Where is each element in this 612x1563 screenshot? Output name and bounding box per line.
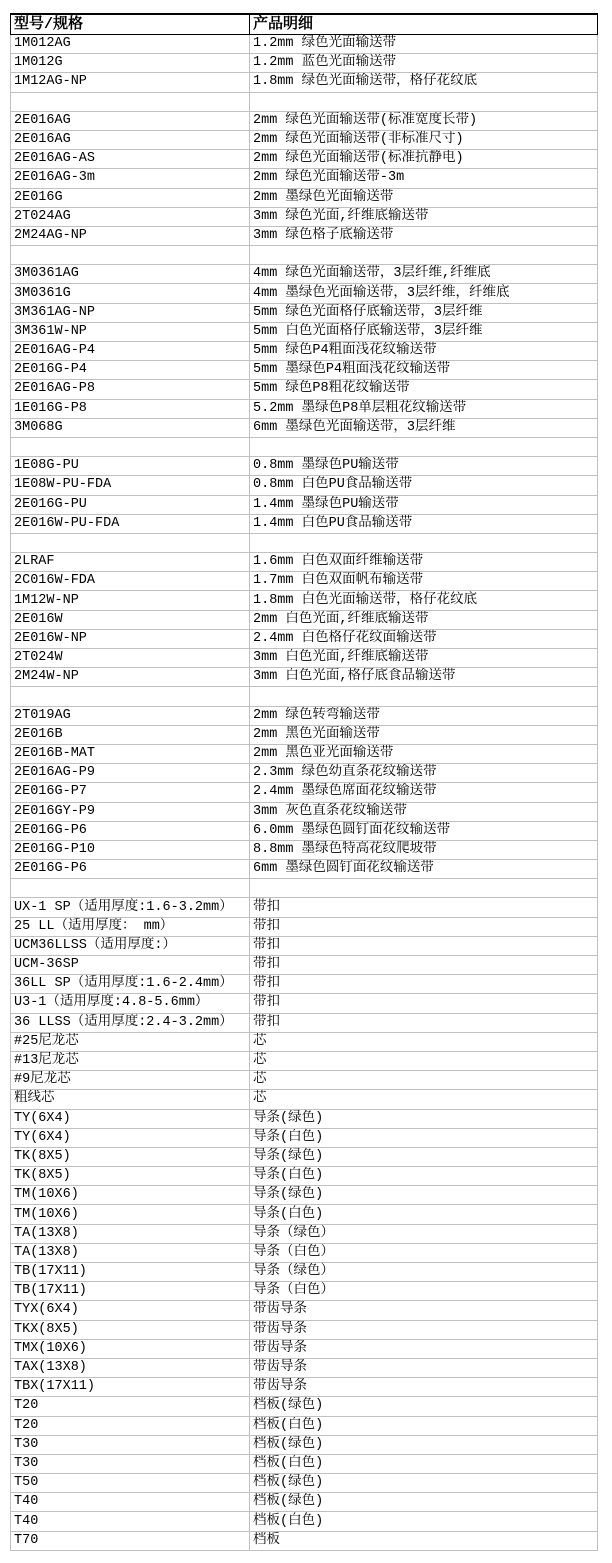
model-cell xyxy=(11,92,250,111)
table-row: 2E016B2mm 黑色光面输送带 xyxy=(11,725,598,744)
table-row: TA(13X8)导条（白色） xyxy=(11,1243,598,1262)
table-row: 粗线芯芯 xyxy=(11,1090,598,1109)
detail-cell: 5mm 白色光面格仔底输送带，3层纤维 xyxy=(250,322,598,341)
detail-cell: 1.8mm 白色光面输送带，格仔花纹底 xyxy=(250,591,598,610)
detail-cell: 导条(白色) xyxy=(250,1205,598,1224)
model-cell: T30 xyxy=(11,1435,250,1454)
model-cell: TBX(17X11) xyxy=(11,1378,250,1397)
model-cell: TA(13X8) xyxy=(11,1243,250,1262)
table-row: TK(8X5)导条(白色) xyxy=(11,1167,598,1186)
detail-cell: 芯 xyxy=(250,1051,598,1070)
table-row: TB(17X11)导条（白色） xyxy=(11,1282,598,1301)
table-row: 1E08W-PU-FDA0.8mm 白色PU食品输送带 xyxy=(11,476,598,495)
header-cell-detail: 产品明细 xyxy=(250,14,598,35)
table-row: 2E016W-NP2.4mm 白色格仔花纹面输送带 xyxy=(11,629,598,648)
table-row: T30档板(绿色) xyxy=(11,1435,598,1454)
model-cell: TK(8X5) xyxy=(11,1147,250,1166)
table-row: UX-1 SP（适用厚度:1.6-3.2mm）带扣 xyxy=(11,898,598,917)
table-row: TBX(17X11)带齿导条 xyxy=(11,1378,598,1397)
detail-cell: 导条（白色） xyxy=(250,1282,598,1301)
table-row: UCM-36SP带扣 xyxy=(11,956,598,975)
model-cell xyxy=(11,437,250,456)
model-cell: T40 xyxy=(11,1493,250,1512)
detail-cell: 带扣 xyxy=(250,936,598,955)
table-row: T30档板(白色) xyxy=(11,1454,598,1473)
table-row: TYX(6X4)带齿导条 xyxy=(11,1301,598,1320)
model-cell: 1E016G-P8 xyxy=(11,399,250,418)
model-cell: 1M012G xyxy=(11,54,250,73)
model-cell: 2M24W-NP xyxy=(11,668,250,687)
table-row: 2E016AG2mm 绿色光面输送带(非标准尺寸) xyxy=(11,130,598,149)
detail-cell: 2mm 白色光面,纤维底输送带 xyxy=(250,610,598,629)
model-cell: 3M0361G xyxy=(11,284,250,303)
table-row: 2E016G-P66.0mm 墨绿色圆钉面花纹输送带 xyxy=(11,821,598,840)
detail-cell: 带扣 xyxy=(250,917,598,936)
model-cell: TB(17X11) xyxy=(11,1263,250,1282)
model-cell: 1M12W-NP xyxy=(11,591,250,610)
table-row: TKX(8X5)带齿导条 xyxy=(11,1320,598,1339)
table-row: 36 LLSS（适用厚度:2.4-3.2mm）带扣 xyxy=(11,1013,598,1032)
table-row: 3M0361G4mm 墨绿色光面输送带，3层纤维，纤维底 xyxy=(11,284,598,303)
header-cell-model: 型号/规格 xyxy=(11,14,250,35)
table-row: #13尼龙芯芯 xyxy=(11,1051,598,1070)
table-body: 1M012AG1.2mm 绿色光面输送带1M012G1.2mm 蓝色光面输送带1… xyxy=(11,35,598,1551)
table-row: 3M361W-NP5mm 白色光面格仔底输送带，3层纤维 xyxy=(11,322,598,341)
model-cell: 2E016AG-P9 xyxy=(11,764,250,783)
detail-cell: 导条(白色) xyxy=(250,1128,598,1147)
detail-cell: 2mm 绿色光面输送带(非标准尺寸) xyxy=(250,130,598,149)
model-cell: 2E016G-P4 xyxy=(11,361,250,380)
detail-cell: 导条（绿色） xyxy=(250,1263,598,1282)
table-row: TMX(10X6)带齿导条 xyxy=(11,1339,598,1358)
model-cell: 2E016AG-P8 xyxy=(11,380,250,399)
table-row: 2E016AG-P85mm 绿色P8粗花纹输送带 xyxy=(11,380,598,399)
model-cell: 2M24AG-NP xyxy=(11,226,250,245)
product-spec-table-container: 型号/规格 产品明细 1M012AG1.2mm 绿色光面输送带1M012G1.2… xyxy=(10,13,598,1551)
model-cell: 1M012AG xyxy=(11,35,250,54)
table-row: TAX(13X8)带齿导条 xyxy=(11,1358,598,1377)
table-row: 2E016G2mm 墨绿色光面输送带 xyxy=(11,188,598,207)
table-row: 2E016AG-P92.3mm 绿色幼直条花纹输送带 xyxy=(11,764,598,783)
table-row xyxy=(11,687,598,706)
table-row: 2E016G-P45mm 墨绿色P4粗面浅花纹输送带 xyxy=(11,361,598,380)
table-row: TA(13X8)导条（绿色） xyxy=(11,1224,598,1243)
model-cell: 2E016G-P6 xyxy=(11,821,250,840)
detail-cell: 5mm 绿色P8粗花纹输送带 xyxy=(250,380,598,399)
detail-cell: 档板(绿色) xyxy=(250,1493,598,1512)
table-row: 2E016G-P72.4mm 墨绿色席面花纹输送带 xyxy=(11,783,598,802)
model-cell: T40 xyxy=(11,1512,250,1531)
header-row: 型号/规格 产品明细 xyxy=(11,14,598,35)
table-header: 型号/规格 产品明细 xyxy=(11,14,598,35)
detail-cell: 导条（白色） xyxy=(250,1243,598,1262)
detail-cell: 带齿导条 xyxy=(250,1378,598,1397)
model-cell: 2E016AG-P4 xyxy=(11,342,250,361)
table-row: 2T024AG3mm 绿色光面,纤维底输送带 xyxy=(11,207,598,226)
model-cell: T30 xyxy=(11,1454,250,1473)
model-cell: 36 LLSS（适用厚度:2.4-3.2mm） xyxy=(11,1013,250,1032)
detail-cell xyxy=(250,879,598,898)
table-row: T40档板(绿色) xyxy=(11,1493,598,1512)
table-row: 3M361AG-NP5mm 绿色光面格仔底输送带，3层纤维 xyxy=(11,303,598,322)
table-row: TY(6X4)导条(白色) xyxy=(11,1128,598,1147)
detail-cell: 导条(白色) xyxy=(250,1167,598,1186)
detail-cell: 2mm 墨绿色光面输送带 xyxy=(250,188,598,207)
detail-cell: 2.4mm 白色格仔花纹面输送带 xyxy=(250,629,598,648)
model-cell: 3M361AG-NP xyxy=(11,303,250,322)
detail-cell: 带齿导条 xyxy=(250,1339,598,1358)
model-cell: 粗线芯 xyxy=(11,1090,250,1109)
detail-cell xyxy=(250,437,598,456)
model-cell: 2E016W-NP xyxy=(11,629,250,648)
model-cell: 2E016G xyxy=(11,188,250,207)
table-row: T50档板(绿色) xyxy=(11,1474,598,1493)
table-row xyxy=(11,533,598,552)
detail-cell: 3mm 绿色光面,纤维底输送带 xyxy=(250,207,598,226)
model-cell: T70 xyxy=(11,1531,250,1550)
detail-cell: 4mm 绿色光面输送带，3层纤维,纤维底 xyxy=(250,265,598,284)
model-cell: TM(10X6) xyxy=(11,1205,250,1224)
detail-cell: 1.4mm 白色PU食品输送带 xyxy=(250,514,598,533)
table-row: T40档板(白色) xyxy=(11,1512,598,1531)
detail-cell: 带齿导条 xyxy=(250,1358,598,1377)
model-cell: 2E016G-PU xyxy=(11,495,250,514)
detail-cell: 档板(绿色) xyxy=(250,1397,598,1416)
detail-cell: 5mm 绿色光面格仔底输送带，3层纤维 xyxy=(250,303,598,322)
detail-cell: 6.0mm 墨绿色圆钉面花纹输送带 xyxy=(250,821,598,840)
model-cell: TAX(13X8) xyxy=(11,1358,250,1377)
detail-cell: 3mm 绿色格子底输送带 xyxy=(250,226,598,245)
table-row: #25尼龙芯芯 xyxy=(11,1032,598,1051)
detail-cell: 0.8mm 白色PU食品输送带 xyxy=(250,476,598,495)
detail-cell: 导条(绿色) xyxy=(250,1147,598,1166)
table-row: 2T024W3mm 白色光面,纤维底输送带 xyxy=(11,649,598,668)
model-cell: 2T019AG xyxy=(11,706,250,725)
table-row: 1E016G-P85.2mm 墨绿色P8单层粗花纹输送带 xyxy=(11,399,598,418)
detail-cell: 带扣 xyxy=(250,975,598,994)
table-row: 1M012G1.2mm 蓝色光面输送带 xyxy=(11,54,598,73)
table-row: 2T019AG2mm 绿色转弯输送带 xyxy=(11,706,598,725)
detail-cell: 档板(白色) xyxy=(250,1454,598,1473)
model-cell: #25尼龙芯 xyxy=(11,1032,250,1051)
model-cell: 2E016G-P6 xyxy=(11,860,250,879)
model-cell xyxy=(11,687,250,706)
model-cell: 2LRAF xyxy=(11,553,250,572)
model-cell: 2E016AG xyxy=(11,111,250,130)
detail-cell: 2mm 绿色光面输送带-3m xyxy=(250,169,598,188)
model-cell: 2E016GY-P9 xyxy=(11,802,250,821)
model-cell: 25 LL（适用厚度： mm） xyxy=(11,917,250,936)
model-cell: TA(13X8) xyxy=(11,1224,250,1243)
table-row xyxy=(11,92,598,111)
detail-cell: 1.4mm 墨绿色PU输送带 xyxy=(250,495,598,514)
table-row: U3-1（适用厚度:4.8-5.6mm）带扣 xyxy=(11,994,598,1013)
model-cell: 2E016W-PU-FDA xyxy=(11,514,250,533)
model-cell xyxy=(11,246,250,265)
table-row xyxy=(11,246,598,265)
model-cell: 3M068G xyxy=(11,418,250,437)
detail-cell: 带扣 xyxy=(250,994,598,1013)
table-row: 2E016AG2mm 绿色光面输送带(标准宽度长带) xyxy=(11,111,598,130)
table-row: 2E016B-MAT2mm 黑色亚光面输送带 xyxy=(11,744,598,763)
table-row: T70档板 xyxy=(11,1531,598,1550)
detail-cell: 3mm 白色光面,纤维底输送带 xyxy=(250,649,598,668)
table-row: TM(10X6)导条(绿色) xyxy=(11,1186,598,1205)
model-cell: T20 xyxy=(11,1416,250,1435)
table-row: 2E016W-PU-FDA1.4mm 白色PU食品输送带 xyxy=(11,514,598,533)
detail-cell: 带齿导条 xyxy=(250,1301,598,1320)
table-row: 2C016W-FDA1.7mm 白色双面帆布输送带 xyxy=(11,572,598,591)
model-cell: 2E016B xyxy=(11,725,250,744)
model-cell: U3-1（适用厚度:4.8-5.6mm） xyxy=(11,994,250,1013)
table-row: 2E016W2mm 白色光面,纤维底输送带 xyxy=(11,610,598,629)
detail-cell: 6mm 墨绿色圆钉面花纹输送带 xyxy=(250,860,598,879)
model-cell: UCM36LLSS（适用厚度:） xyxy=(11,936,250,955)
table-row: #9尼龙芯芯 xyxy=(11,1071,598,1090)
detail-cell: 2mm 黑色亚光面输送带 xyxy=(250,744,598,763)
table-row: T20档板(白色) xyxy=(11,1416,598,1435)
model-cell: TM(10X6) xyxy=(11,1186,250,1205)
model-cell: TK(8X5) xyxy=(11,1167,250,1186)
detail-cell: 3mm 白色光面,格仔底食品输送带 xyxy=(250,668,598,687)
detail-cell: 1.6mm 白色双面纤维输送带 xyxy=(250,553,598,572)
model-cell: T20 xyxy=(11,1397,250,1416)
detail-cell: 5mm 绿色P4粗面浅花纹输送带 xyxy=(250,342,598,361)
model-cell: #9尼龙芯 xyxy=(11,1071,250,1090)
model-cell: 2C016W-FDA xyxy=(11,572,250,591)
model-cell: 36LL SP（适用厚度:1.6-2.4mm） xyxy=(11,975,250,994)
detail-cell xyxy=(250,92,598,111)
model-cell: 1M12AG-NP xyxy=(11,73,250,92)
detail-cell: 档板(白色) xyxy=(250,1416,598,1435)
table-row: 2E016AG-AS2mm 绿色光面输送带(标准抗静电) xyxy=(11,150,598,169)
detail-cell: 2mm 绿色转弯输送带 xyxy=(250,706,598,725)
detail-cell xyxy=(250,246,598,265)
detail-cell: 1.8mm 绿色光面输送带，格仔花纹底 xyxy=(250,73,598,92)
table-row: 1E08G-PU0.8mm 墨绿色PU输送带 xyxy=(11,457,598,476)
model-cell: 2E016G-P10 xyxy=(11,840,250,859)
table-row xyxy=(11,437,598,456)
detail-cell: 0.8mm 墨绿色PU输送带 xyxy=(250,457,598,476)
detail-cell: 档板(绿色) xyxy=(250,1435,598,1454)
detail-cell: 2mm 黑色光面输送带 xyxy=(250,725,598,744)
product-spec-table: 型号/规格 产品明细 1M012AG1.2mm 绿色光面输送带1M012G1.2… xyxy=(10,13,598,1551)
model-cell: 3M0361AG xyxy=(11,265,250,284)
table-row: T20档板(绿色) xyxy=(11,1397,598,1416)
model-cell: TKX(8X5) xyxy=(11,1320,250,1339)
detail-cell: 带扣 xyxy=(250,1013,598,1032)
detail-cell: 1.2mm 蓝色光面输送带 xyxy=(250,54,598,73)
table-row: 36LL SP（适用厚度:1.6-2.4mm）带扣 xyxy=(11,975,598,994)
detail-cell: 档板(白色) xyxy=(250,1512,598,1531)
detail-cell xyxy=(250,533,598,552)
model-cell: #13尼龙芯 xyxy=(11,1051,250,1070)
table-row: 2LRAF1.6mm 白色双面纤维输送带 xyxy=(11,553,598,572)
detail-cell: 芯 xyxy=(250,1032,598,1051)
model-cell xyxy=(11,533,250,552)
table-row: 2E016G-P108.8mm 墨绿色特高花纹爬坡带 xyxy=(11,840,598,859)
model-cell: 2E016W xyxy=(11,610,250,629)
model-cell: TMX(10X6) xyxy=(11,1339,250,1358)
detail-cell: 带扣 xyxy=(250,956,598,975)
model-cell xyxy=(11,879,250,898)
table-row: 2E016GY-P93mm 灰色直条花纹输送带 xyxy=(11,802,598,821)
detail-cell: 芯 xyxy=(250,1090,598,1109)
detail-cell: 6mm 墨绿色光面输送带，3层纤维 xyxy=(250,418,598,437)
table-row: 1M12AG-NP1.8mm 绿色光面输送带，格仔花纹底 xyxy=(11,73,598,92)
detail-cell: 导条(绿色) xyxy=(250,1109,598,1128)
detail-cell: 1.7mm 白色双面帆布输送带 xyxy=(250,572,598,591)
model-cell: T50 xyxy=(11,1474,250,1493)
table-row: TY(6X4)导条(绿色) xyxy=(11,1109,598,1128)
detail-cell: 2.3mm 绿色幼直条花纹输送带 xyxy=(250,764,598,783)
table-row: 3M068G6mm 墨绿色光面输送带，3层纤维 xyxy=(11,418,598,437)
detail-cell: 5.2mm 墨绿色P8单层粗花纹输送带 xyxy=(250,399,598,418)
table-row: 1M12W-NP1.8mm 白色光面输送带，格仔花纹底 xyxy=(11,591,598,610)
detail-cell: 档板 xyxy=(250,1531,598,1550)
table-row: 2E016G-PU1.4mm 墨绿色PU输送带 xyxy=(11,495,598,514)
detail-cell: 2.4mm 墨绿色席面花纹输送带 xyxy=(250,783,598,802)
table-row: 2M24AG-NP3mm 绿色格子底输送带 xyxy=(11,226,598,245)
model-cell: 2E016AG-3m xyxy=(11,169,250,188)
detail-cell: 档板(绿色) xyxy=(250,1474,598,1493)
table-row: 25 LL（适用厚度： mm）带扣 xyxy=(11,917,598,936)
detail-cell: 导条（绿色） xyxy=(250,1224,598,1243)
table-row: 2M24W-NP3mm 白色光面,格仔底食品输送带 xyxy=(11,668,598,687)
table-row: 2E016AG-P45mm 绿色P4粗面浅花纹输送带 xyxy=(11,342,598,361)
table-row: 2E016G-P66mm 墨绿色圆钉面花纹输送带 xyxy=(11,860,598,879)
model-cell: 2T024W xyxy=(11,649,250,668)
model-cell: 2E016AG-AS xyxy=(11,150,250,169)
table-row: TK(8X5)导条(绿色) xyxy=(11,1147,598,1166)
detail-cell: 芯 xyxy=(250,1071,598,1090)
table-row: UCM36LLSS（适用厚度:）带扣 xyxy=(11,936,598,955)
model-cell: TY(6X4) xyxy=(11,1128,250,1147)
detail-cell: 8.8mm 墨绿色特高花纹爬坡带 xyxy=(250,840,598,859)
detail-cell: 带扣 xyxy=(250,898,598,917)
model-cell: 1E08G-PU xyxy=(11,457,250,476)
detail-cell: 4mm 墨绿色光面输送带，3层纤维，纤维底 xyxy=(250,284,598,303)
table-row: 3M0361AG4mm 绿色光面输送带，3层纤维,纤维底 xyxy=(11,265,598,284)
model-cell: 3M361W-NP xyxy=(11,322,250,341)
model-cell: TY(6X4) xyxy=(11,1109,250,1128)
model-cell: TB(17X11) xyxy=(11,1282,250,1301)
model-cell: 1E08W-PU-FDA xyxy=(11,476,250,495)
table-row: 1M012AG1.2mm 绿色光面输送带 xyxy=(11,35,598,54)
model-cell: 2E016B-MAT xyxy=(11,744,250,763)
detail-cell: 5mm 墨绿色P4粗面浅花纹输送带 xyxy=(250,361,598,380)
model-cell: UX-1 SP（适用厚度:1.6-3.2mm） xyxy=(11,898,250,917)
model-cell: 2E016AG xyxy=(11,130,250,149)
detail-cell: 1.2mm 绿色光面输送带 xyxy=(250,35,598,54)
table-row: TB(17X11)导条（绿色） xyxy=(11,1263,598,1282)
model-cell: 2T024AG xyxy=(11,207,250,226)
detail-cell: 2mm 绿色光面输送带(标准宽度长带) xyxy=(250,111,598,130)
detail-cell: 带齿导条 xyxy=(250,1320,598,1339)
detail-cell: 导条(绿色) xyxy=(250,1186,598,1205)
model-cell: 2E016G-P7 xyxy=(11,783,250,802)
table-row: 2E016AG-3m2mm 绿色光面输送带-3m xyxy=(11,169,598,188)
detail-cell xyxy=(250,687,598,706)
detail-cell: 2mm 绿色光面输送带(标准抗静电) xyxy=(250,150,598,169)
table-row xyxy=(11,879,598,898)
table-row: TM(10X6)导条(白色) xyxy=(11,1205,598,1224)
model-cell: TYX(6X4) xyxy=(11,1301,250,1320)
model-cell: UCM-36SP xyxy=(11,956,250,975)
detail-cell: 3mm 灰色直条花纹输送带 xyxy=(250,802,598,821)
